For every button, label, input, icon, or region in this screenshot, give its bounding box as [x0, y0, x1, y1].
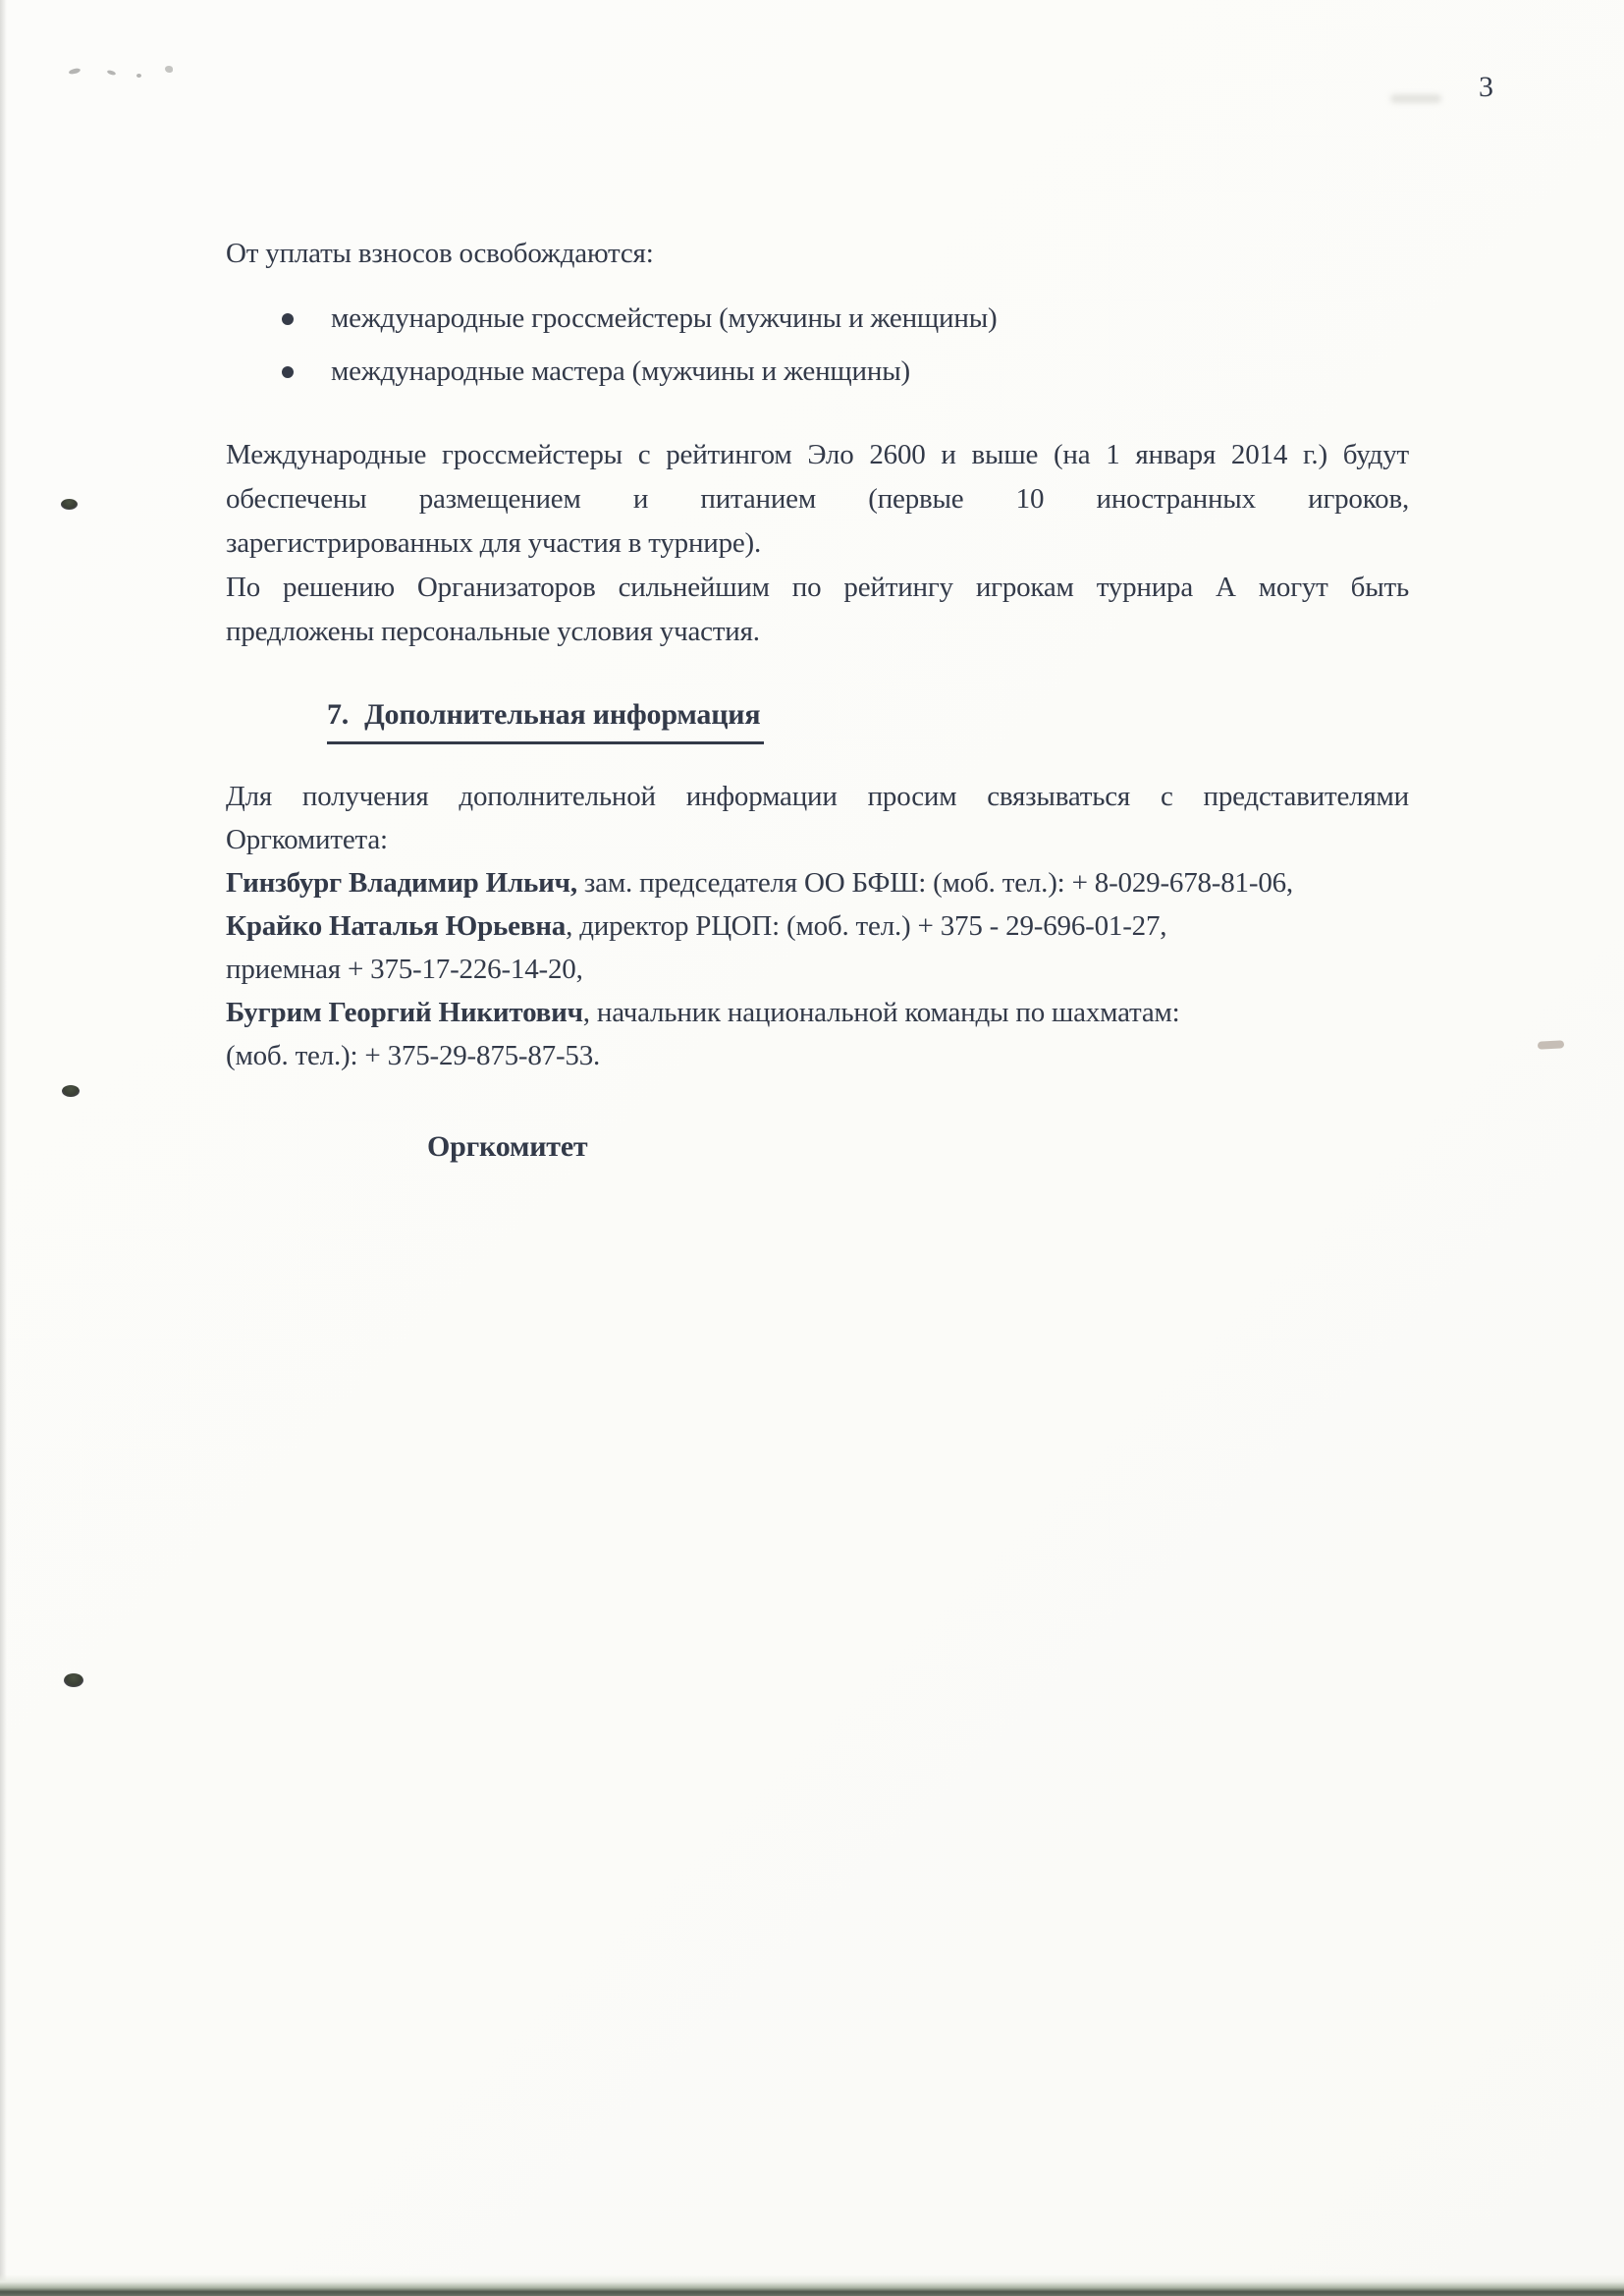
paragraph-line: обеспечены размещением и питанием (первы…: [226, 477, 1409, 521]
paragraph-line: Международные гроссмейстеры с рейтингом …: [226, 433, 1409, 477]
info-line: Для получения дополнительной информации …: [226, 775, 1409, 818]
scan-speck: [136, 74, 141, 78]
contact-details: , начальник национальной команды по шахм…: [583, 997, 1180, 1028]
bullet-icon: [282, 313, 294, 325]
info-line: Оргкомитета:: [226, 818, 1409, 861]
scan-speck: [165, 66, 173, 73]
scan-speck: [107, 70, 117, 77]
contact-details: (моб. тел.): + 375-29-875-87-53.: [226, 1040, 600, 1071]
ink-dot: [62, 1085, 80, 1097]
intro-line: От уплаты взносов освобождаются:: [226, 232, 1409, 275]
contact-name: Бугрим Георгий Никитович: [226, 997, 583, 1028]
paragraph-line: предложены персональные условия участия.: [226, 610, 1409, 654]
additional-info-block: Для получения дополнительной информации …: [226, 775, 1409, 1077]
page-number: 3: [1479, 71, 1493, 104]
scanned-document-page: 3 От уплаты взносов освобождаются: между…: [0, 0, 1624, 2296]
contact-details: приемная + 375-17-226-14-20,: [226, 954, 583, 985]
ink-dot: [61, 499, 78, 510]
list-item: международные мастера (мужчины и женщины…: [282, 350, 1362, 393]
scan-speck: [69, 68, 81, 76]
exemptions-bullet-list: международные гроссмейстеры (мужчины и ж…: [282, 297, 1362, 403]
signature-line: Оргкомитет: [427, 1125, 587, 1169]
bullet-text: международные мастера (мужчины и женщины…: [331, 350, 910, 393]
contact-details: зам. председателя ОО БФШ: (моб. тел.): +…: [577, 867, 1293, 899]
paragraph-line: зарегистрированных для участия в турнире…: [226, 521, 1409, 566]
bullet-text: международные гроссмейстеры (мужчины и ж…: [331, 297, 997, 340]
section-heading-underline: 7.Дополнительная информация: [327, 693, 764, 744]
contact-details: , директор РЦОП: (моб. тел.) + 375 - 29-…: [566, 910, 1166, 942]
scan-bottom-edge: [0, 2274, 1624, 2296]
contact-name: Гинзбург Владимир Ильич,: [226, 867, 577, 899]
contact-line: (моб. тел.): + 375-29-875-87-53.: [226, 1034, 1409, 1077]
section-number: 7.: [327, 698, 349, 731]
body-paragraphs: Международные гроссмейстеры с рейтингом …: [226, 433, 1409, 654]
contact-name: Крайко Наталья Юрьевна: [226, 910, 566, 942]
scan-left-edge-shadow: [0, 0, 7, 2296]
ink-dot: [64, 1673, 83, 1687]
scan-smudge: [1390, 94, 1441, 103]
contact-line: Бугрим Георгий Никитович, начальник наци…: [226, 991, 1409, 1034]
section-heading: 7.Дополнительная информация: [327, 693, 764, 744]
section-title: Дополнительная информация: [364, 698, 760, 731]
contact-line: приемная + 375-17-226-14-20,: [226, 948, 1409, 991]
scan-mark: [1538, 1040, 1564, 1049]
contact-line: Крайко Наталья Юрьевна, директор РЦОП: (…: [226, 904, 1409, 948]
bullet-icon: [282, 366, 294, 378]
paragraph-line: По решению Организаторов сильнейшим по р…: [226, 566, 1409, 610]
list-item: международные гроссмейстеры (мужчины и ж…: [282, 297, 1362, 340]
contact-line: Гинзбург Владимир Ильич, зам. председате…: [226, 861, 1409, 904]
